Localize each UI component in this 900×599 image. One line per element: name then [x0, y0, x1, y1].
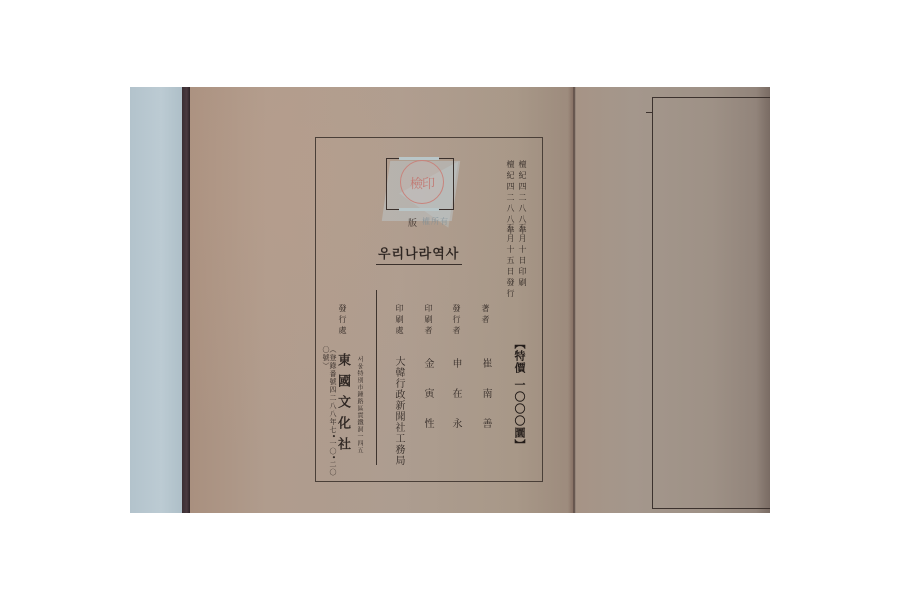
- edition-mark: 版: [408, 216, 417, 229]
- book-cover-edge: [182, 87, 190, 513]
- publisher-name: 東國文化社: [336, 353, 349, 458]
- printer-name: 金寅性: [422, 358, 432, 448]
- issuer-name: 申在永: [450, 358, 460, 448]
- printer-label: 印刷者: [424, 304, 432, 337]
- title-underline: [376, 264, 462, 265]
- colophon-frame: 檢印 版 權所有 우리나라역사 檀紀四二八八年 五月十日印刷 檀紀四二八八年 五…: [315, 137, 543, 482]
- price-label: 【特價 一〇〇〇圜】: [514, 338, 525, 451]
- print-shop-name: 大韓行政新聞社工務局: [393, 356, 403, 466]
- issue-date: 五月十五日發行: [506, 223, 514, 300]
- print-shop-label: 印刷處: [395, 304, 403, 337]
- issuer-label: 發行者: [452, 304, 460, 337]
- background-surface: [130, 87, 182, 513]
- publisher-label: 發行處: [338, 304, 346, 337]
- book-title: 우리나라역사: [378, 243, 459, 262]
- left-page: 檢印 版 權所有 우리나라역사 檀紀四二八八年 五月十日印刷 檀紀四二八八年 五…: [190, 87, 573, 513]
- publisher-address: 서울特別市鍾路區貫鐵洞一四五: [356, 356, 362, 454]
- edition-faint-text: 權所有: [422, 216, 449, 227]
- author-name: 崔南善: [480, 358, 490, 448]
- page-edge-shadow: [756, 87, 770, 513]
- seal-stamp-icon: 檢印: [400, 160, 444, 204]
- author-label: 著者: [481, 304, 489, 326]
- book-photograph: 檢印 版 權所有 우리나라역사 檀紀四二八八年 五月十日印刷 檀紀四二八八年 五…: [130, 87, 770, 513]
- column-divider: [376, 290, 377, 465]
- right-page-frame: [652, 97, 770, 509]
- print-date: 五月十日印刷: [518, 223, 526, 289]
- registration-number: （登錄番號四二八八年七•一〇•二〇〇號）: [322, 346, 336, 481]
